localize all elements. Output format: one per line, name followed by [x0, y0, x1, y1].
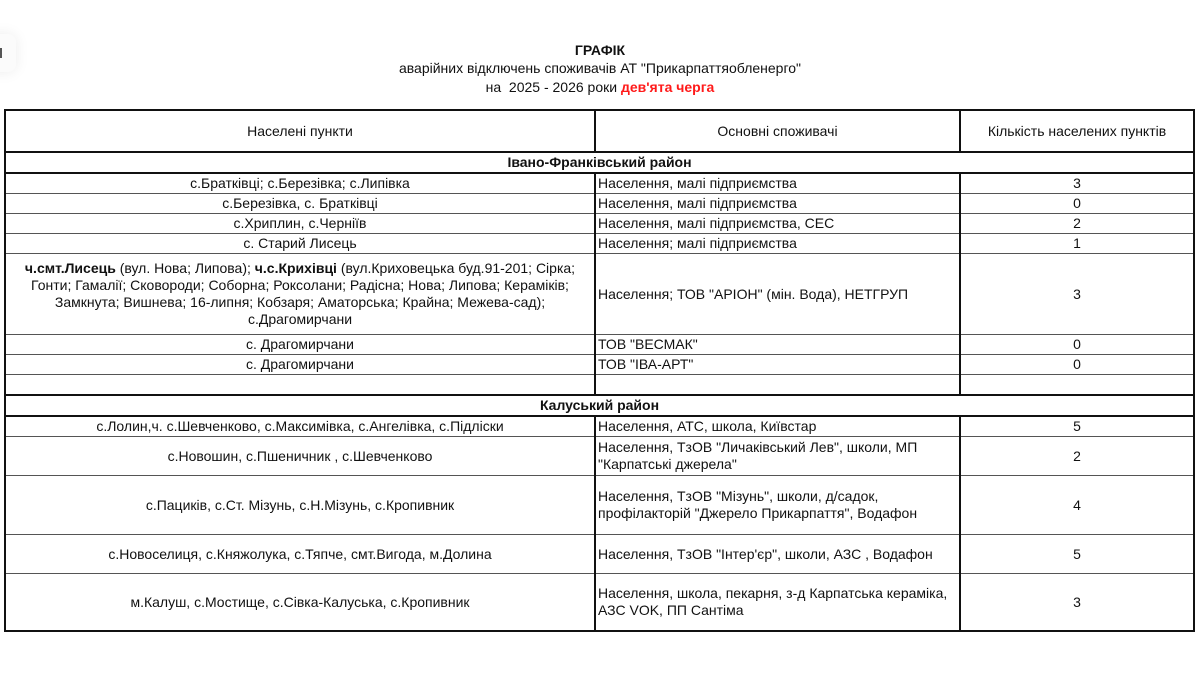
table-row: м.Калуш, с.Мостище, с.Сівка-Калуська, с.…	[5, 574, 1194, 632]
count-cell: 0	[960, 335, 1194, 355]
settlements-cell: с.Березівка, с. Братківці	[5, 194, 595, 214]
table-row: с.Новоселиця, с.Княжолука, с.Тяпче, смт.…	[5, 535, 1194, 574]
period-text: на 2025 - 2026 роки	[486, 79, 621, 95]
consumers-cell: Населення, ТзОВ "Личаківський Лев", школ…	[595, 437, 960, 476]
consumers-cell: ТОВ "ВЕСМАК"	[595, 335, 960, 355]
consumers-cell: Населення; малі підприємства	[595, 234, 960, 254]
table-row: с.Березівка, с. Братківці Населення, мал…	[5, 194, 1194, 214]
consumers-cell: Населення, малі підприємства, СЕС	[595, 214, 960, 234]
settlements-cell: с.Хриплин, с.Черніїв	[5, 214, 595, 234]
count-cell: 2	[960, 437, 1194, 476]
column-header-count: Кількість населених пунктів	[960, 110, 1194, 152]
count-cell: 1	[960, 234, 1194, 254]
table-row: с.Хриплин, с.Черніїв Населення, малі під…	[5, 214, 1194, 234]
count-cell: 0	[960, 355, 1194, 375]
settlements-cell: с. Драгомирчани	[5, 355, 595, 375]
column-header-settlements: Населені пункти	[5, 110, 595, 152]
document-header: ГРАФІК аварійних відключень споживачів А…	[0, 41, 1200, 97]
table-row: с.Пациків, с.Ст. Мізунь, с.Н.Мізунь, с.К…	[5, 476, 1194, 535]
district-name: Івано-Франківський район	[5, 152, 1194, 173]
count-cell	[960, 375, 1194, 396]
empty-row	[5, 375, 1194, 396]
count-cell: 3	[960, 254, 1194, 335]
settlements-cell: с.Новоселиця, с.Княжолука, с.Тяпче, смт.…	[5, 535, 595, 574]
count-cell: 0	[960, 194, 1194, 214]
table-row: с.Новошин, с.Пшеничник , с.Шевченково На…	[5, 437, 1194, 476]
count-cell: 5	[960, 535, 1194, 574]
district-name: Калуський район	[5, 395, 1194, 416]
settlement-bold-part: ч.с.Крихівці	[255, 260, 337, 276]
outage-schedule-table: Населені пункти Основні споживачі Кількі…	[4, 109, 1195, 632]
consumers-cell: Населення, АТС, школа, Київстар	[595, 416, 960, 437]
settlements-cell: с. Драгомирчани	[5, 335, 595, 355]
table-header-row: Населені пункти Основні споживачі Кількі…	[5, 110, 1194, 152]
consumers-cell: Населення; ТОВ "АРІОН" (мін. Вода), НЕТГ…	[595, 254, 960, 335]
table-row: с.Лолин,ч. с.Шевченково, с.Максимівка, с…	[5, 416, 1194, 437]
consumers-cell: Населення, школа, пекарня, з-д Карпатськ…	[595, 574, 960, 632]
settlements-cell: с.Братківці; с.Березівка; с.Липівка	[5, 173, 595, 194]
count-cell: 3	[960, 173, 1194, 194]
queue-label: дев'ята черга	[621, 79, 714, 95]
document-subtitle: аварійних відключень споживачів АТ "Прик…	[0, 59, 1200, 78]
consumers-cell: Населення, ТзОВ "Інтер'єр", школи, АЗС ,…	[595, 535, 960, 574]
settlement-bold-part: ч.смт.Лисець	[25, 260, 116, 276]
district-row: Калуський район	[5, 395, 1194, 416]
consumers-cell: ТОВ "ІВА-АРТ"	[595, 355, 960, 375]
document-period: на 2025 - 2026 роки дев'ята черга	[0, 78, 1200, 97]
consumers-cell: Населення, ТзОВ "Мізунь", школи, д/садок…	[595, 476, 960, 535]
settlements-cell: ч.смт.Лисець (вул. Нова; Липова); ч.с.Кр…	[5, 254, 595, 335]
consumers-cell: Населення, малі підприємства	[595, 173, 960, 194]
table-row: с. Драгомирчани ТОВ "ВЕСМАК" 0	[5, 335, 1194, 355]
settlements-cell: с.Пациків, с.Ст. Мізунь, с.Н.Мізунь, с.К…	[5, 476, 595, 535]
table-row: с. Старий Лисець Населення; малі підприє…	[5, 234, 1194, 254]
count-cell: 3	[960, 574, 1194, 632]
district-row: Івано-Франківський район	[5, 152, 1194, 173]
table-row: с.Братківці; с.Березівка; с.Липівка Насе…	[5, 173, 1194, 194]
settlement-part: (вул. Нова; Липова);	[116, 260, 255, 276]
settlements-cell	[5, 375, 595, 396]
count-cell: 4	[960, 476, 1194, 535]
table-row: ч.смт.Лисець (вул. Нова; Липова); ч.с.Кр…	[5, 254, 1194, 335]
count-cell: 5	[960, 416, 1194, 437]
column-header-consumers: Основні споживачі	[595, 110, 960, 152]
settlements-cell: с.Лолин,ч. с.Шевченково, с.Максимівка, с…	[5, 416, 595, 437]
settlements-cell: м.Калуш, с.Мостище, с.Сівка-Калуська, с.…	[5, 574, 595, 632]
document-title: ГРАФІК	[0, 41, 1200, 59]
consumers-cell	[595, 375, 960, 396]
settlements-cell: с. Старий Лисець	[5, 234, 595, 254]
consumers-cell: Населення, малі підприємства	[595, 194, 960, 214]
settlements-cell: с.Новошин, с.Пшеничник , с.Шевченково	[5, 437, 595, 476]
count-cell: 2	[960, 214, 1194, 234]
table-row: с. Драгомирчани ТОВ "ІВА-АРТ" 0	[5, 355, 1194, 375]
